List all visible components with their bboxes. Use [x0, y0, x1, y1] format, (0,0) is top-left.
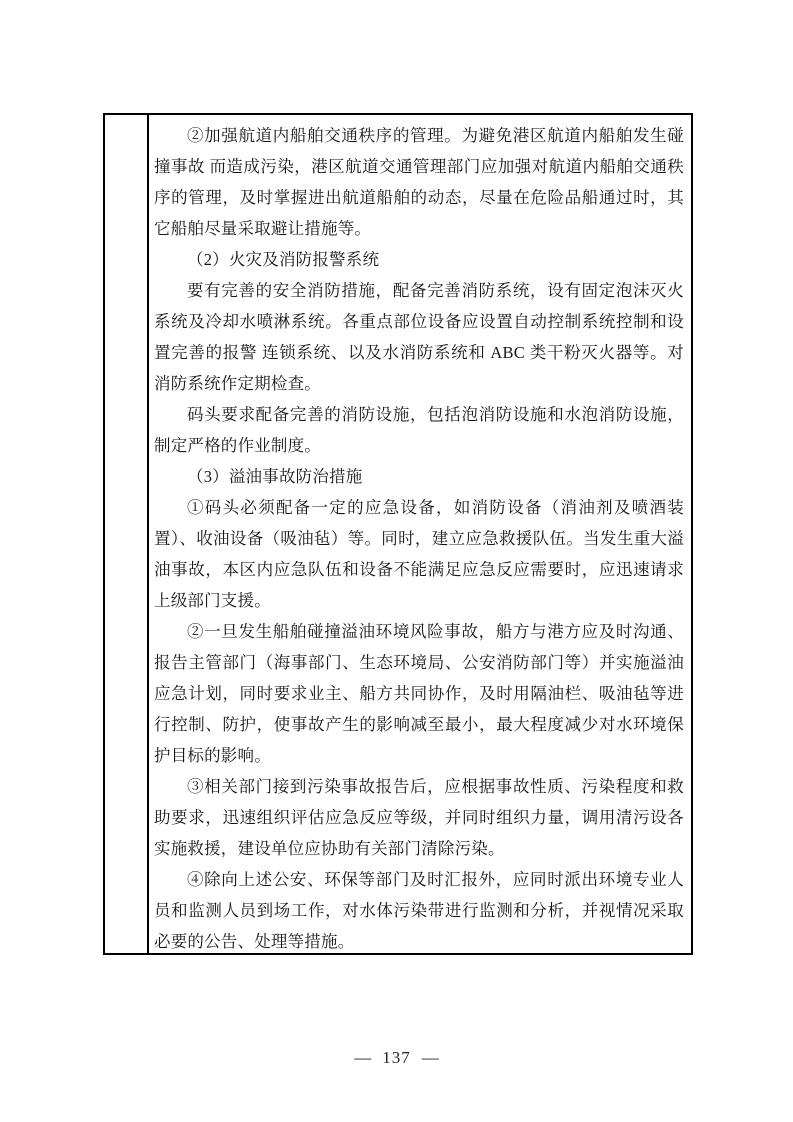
paragraph-collision-spill-response: ②一旦发生船舶碰撞溢油环境风险事故，船方与港方应及时沟通、报告主管部门（海事部门… [154, 616, 684, 771]
table-left-column [105, 115, 149, 953]
page-footer: —137— [0, 1048, 793, 1068]
footer-dash-right: — [422, 1048, 439, 1068]
paragraph-monitoring-personnel: ④除向上述公安、环保等部门及时汇报外，应同时派出环境专业人员和监测人员到场工作，… [154, 864, 684, 953]
paragraph-ship-traffic-order: ②加强航道内船舶交通秩序的管理。为避免港区航道内船舶发生碰撞事故 而造成污染，港… [154, 120, 684, 244]
paragraph-emergency-equipment: ①码头必须配备一定的应急设备，如消防设备（消油剂及喷酒装置）、收油设备（吸油毡）… [154, 492, 684, 616]
paragraph-wharf-fire-facilities: 码头要求配备完善的消防设施，包括泡消防设施和水泡消防设施，制定严格的作业制度。 [154, 399, 684, 461]
footer-dash-left: — [354, 1048, 371, 1068]
page-number: 137 [382, 1048, 411, 1068]
paragraph-fire-protection: 要有完善的安全消防措施，配备完善消防系统，设有固定泡沫灭火系统及冷却水喷淋系统。… [154, 275, 684, 399]
heading-oil-spill-measures: （3）溢油事故防治措施 [154, 461, 684, 492]
heading-fire-alarm-system: （2）火灾及消防报警系统 [154, 244, 684, 275]
content-table: ②加强航道内船舶交通秩序的管理。为避免港区航道内船舶发生碰撞事故 而造成污染，港… [103, 113, 693, 955]
paragraph-department-response: ③相关部门接到污染事故报告后，应根据事故性质、污染程度和救助要求，迅速组织评估应… [154, 771, 684, 864]
table-text-column: ②加强航道内船舶交通秩序的管理。为避免港区航道内船舶发生碰撞事故 而造成污染，港… [149, 115, 691, 953]
